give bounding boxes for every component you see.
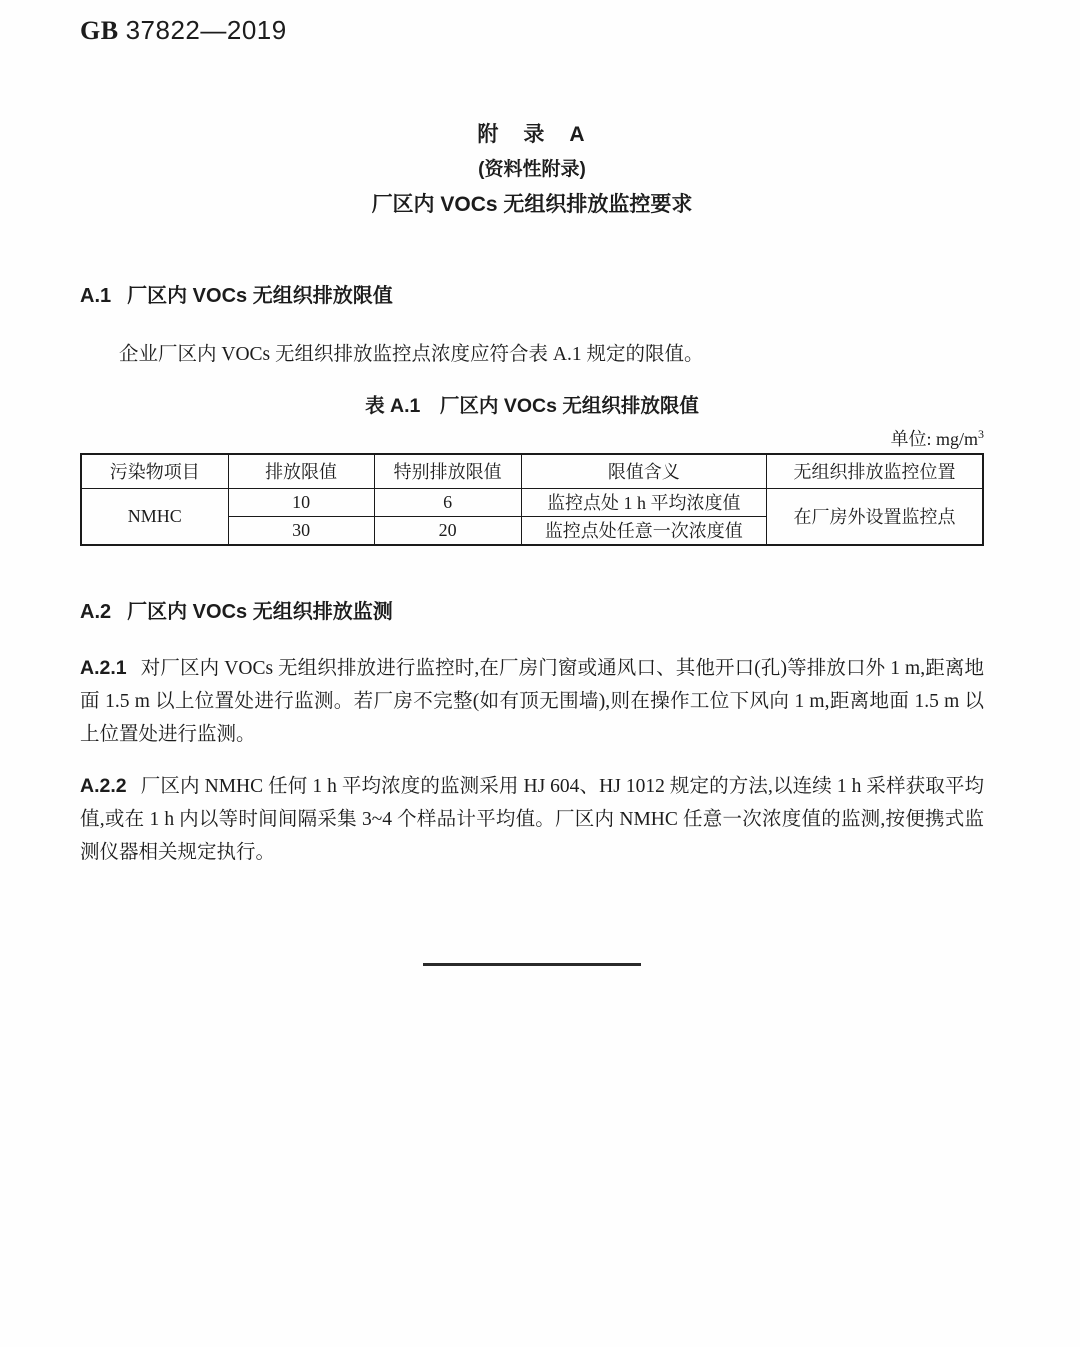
section-a1-title: 厂区内 VOCs 无组织排放限值 xyxy=(127,285,393,307)
section-a1-heading: A.1厂区内 VOCs 无组织排放限值 xyxy=(80,282,984,310)
table-header-row: 污染物项目 排放限值 特别排放限值 限值含义 无组织排放监控位置 xyxy=(81,454,983,489)
appendix-subtitle: (资料性附录) xyxy=(80,152,984,187)
cell-meaning: 监控点处任意一次浓度值 xyxy=(521,516,766,545)
section-a1-label: A.1 xyxy=(80,285,111,307)
clause-a2-1-text: 对厂区内 VOCs 无组织排放进行监控时,在厂房门窗或通风口、其他开口(孔)等排… xyxy=(80,658,984,745)
appendix-heading: 厂区内 VOCs 无组织排放监控要求 xyxy=(80,187,984,222)
unit-exponent: 3 xyxy=(978,427,984,441)
col-header-pollutant: 污染物项目 xyxy=(81,454,228,489)
document-page: GB 37822—2019 附 录 A (资料性附录) 厂区内 VOCs 无组织… xyxy=(0,0,1080,1347)
col-header-limit: 排放限值 xyxy=(228,454,374,489)
col-header-location: 无组织排放监控位置 xyxy=(766,454,983,489)
appendix-title-block: 附 录 A (资料性附录) 厂区内 VOCs 无组织排放监控要求 xyxy=(80,117,984,222)
section-a1-paragraph: 企业厂区内 VOCs 无组织排放监控点浓度应符合表 A.1 规定的限值。 xyxy=(80,338,984,372)
cell-limit: 10 xyxy=(228,488,374,516)
cell-limit: 30 xyxy=(228,516,374,545)
clause-a2-1-label: A.2.1 xyxy=(80,657,127,679)
cell-special-limit: 6 xyxy=(374,488,521,516)
table-a1-unit: 单位: mg/m3 xyxy=(80,422,984,451)
section-a2-title: 厂区内 VOCs 无组织排放监测 xyxy=(127,601,393,623)
standard-code: GB xyxy=(80,16,119,45)
cell-meaning: 监控点处 1 h 平均浓度值 xyxy=(521,488,766,516)
end-of-document-rule xyxy=(423,963,641,966)
cell-location: 在厂房外设置监控点 xyxy=(766,488,983,545)
clause-a2-1: A.2.1对厂区内 VOCs 无组织排放进行监控时,在厂房门窗或通风口、其他开口… xyxy=(80,652,984,751)
table-a1-caption: 表 A.1 厂区内 VOCs 无组织排放限值 xyxy=(80,392,984,420)
standard-number-header: GB 37822—2019 xyxy=(80,14,984,47)
cell-special-limit: 20 xyxy=(374,516,521,545)
section-a2-label: A.2 xyxy=(80,601,111,623)
clause-a2-2-label: A.2.2 xyxy=(80,775,127,797)
appendix-title: 附 录 A xyxy=(80,117,984,152)
col-header-special-limit: 特别排放限值 xyxy=(374,454,521,489)
cell-pollutant: NMHC xyxy=(81,488,228,545)
clause-a2-2-text: 厂区内 NMHC 任何 1 h 平均浓度的监测采用 HJ 604、HJ 1012… xyxy=(80,776,984,863)
col-header-meaning: 限值含义 xyxy=(521,454,766,489)
standard-year-number: 37822—2019 xyxy=(126,15,287,45)
section-a2-heading: A.2厂区内 VOCs 无组织排放监测 xyxy=(80,598,984,626)
table-row: NMHC 10 6 监控点处 1 h 平均浓度值 在厂房外设置监控点 xyxy=(81,488,983,516)
unit-value: mg/m xyxy=(936,429,978,449)
unit-label: 单位: xyxy=(890,429,931,449)
table-a1: 污染物项目 排放限值 特别排放限值 限值含义 无组织排放监控位置 NMHC 10… xyxy=(80,453,984,546)
clause-a2-2: A.2.2厂区内 NMHC 任何 1 h 平均浓度的监测采用 HJ 604、HJ… xyxy=(80,770,984,869)
